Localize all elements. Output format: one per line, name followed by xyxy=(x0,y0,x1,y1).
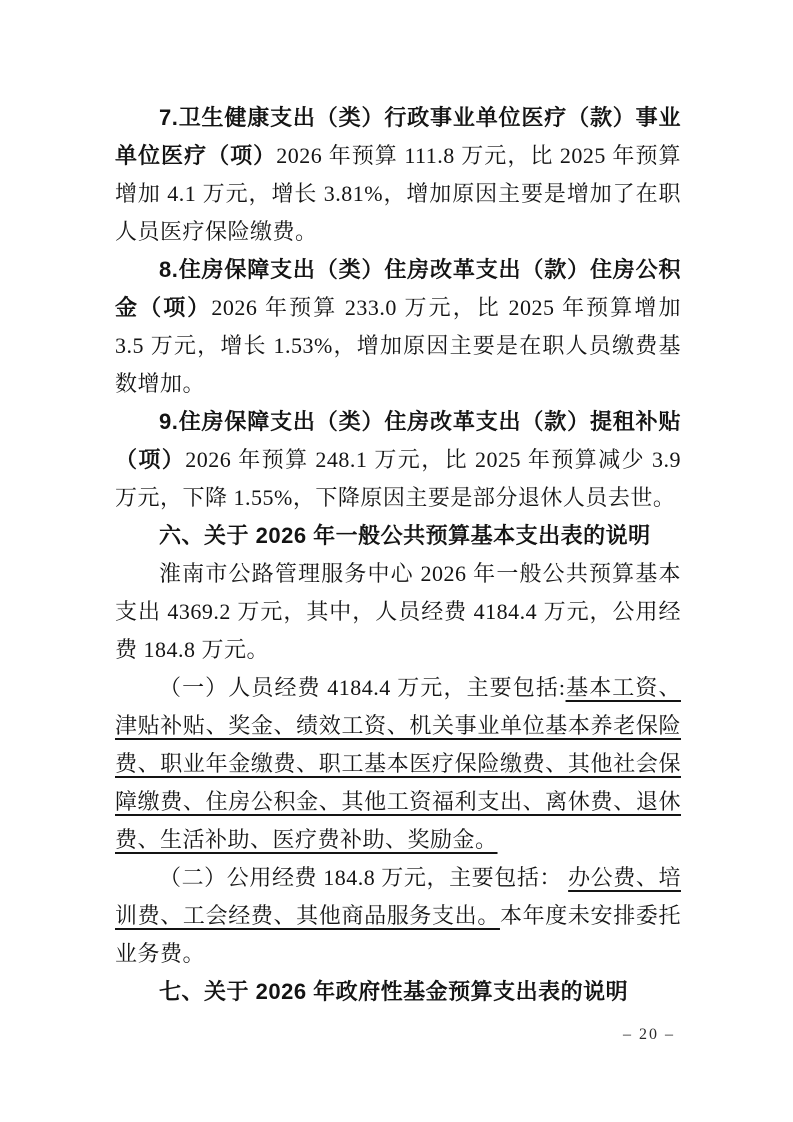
text-run: 2026 年预算 248.1 万元，比 2025 年预算减少 3.9 万元，下降… xyxy=(115,447,681,510)
text-run: （一）人员经费 4184.4 万元，主要包括: xyxy=(159,675,566,700)
body-paragraph: 8.住房保障支出（类）住房改革支出（款）住房公积金（项）2026 年预算 233… xyxy=(115,251,681,403)
text-run: 七、关于 2026 年政府性基金预算支出表的说明 xyxy=(159,979,628,1004)
document-page: 7.卫生健康支出（类）行政事业单位医疗（款）事业单位医疗（项）2026 年预算 … xyxy=(0,0,793,1122)
document-content: 7.卫生健康支出（类）行政事业单位医疗（款）事业单位医疗（项）2026 年预算 … xyxy=(115,99,681,1011)
section-heading: 七、关于 2026 年政府性基金预算支出表的说明 xyxy=(115,973,681,1011)
body-paragraph: （一）人员经费 4184.4 万元，主要包括:基本工资、津贴补贴、奖金、绩效工资… xyxy=(115,669,681,859)
text-run: （二）公用经费 184.8 万元，主要包括： xyxy=(159,865,568,890)
body-paragraph: 9.住房保障支出（类）住房改革支出（款）提租补贴（项）2026 年预算 248.… xyxy=(115,403,681,517)
page-number: – 20 – xyxy=(623,1026,675,1044)
body-paragraph: （二）公用经费 184.8 万元，主要包括： 办公费、培训费、工会经费、其他商品… xyxy=(115,859,681,973)
text-run: 淮南市公路管理服务中心 2026 年一般公共预算基本支出 4369.2 万元，其… xyxy=(115,561,681,662)
section-heading: 六、关于 2026 年一般公共预算基本支出表的说明 xyxy=(115,517,681,555)
text-run: 基本工资、津贴补贴、奖金、绩效工资、机关事业单位基本养老保险费、职业年金缴费、职… xyxy=(115,675,681,852)
body-paragraph: 7.卫生健康支出（类）行政事业单位医疗（款）事业单位医疗（项）2026 年预算 … xyxy=(115,99,681,251)
body-paragraph: 淮南市公路管理服务中心 2026 年一般公共预算基本支出 4369.2 万元，其… xyxy=(115,555,681,669)
text-run: 六、关于 2026 年一般公共预算基本支出表的说明 xyxy=(159,523,651,548)
